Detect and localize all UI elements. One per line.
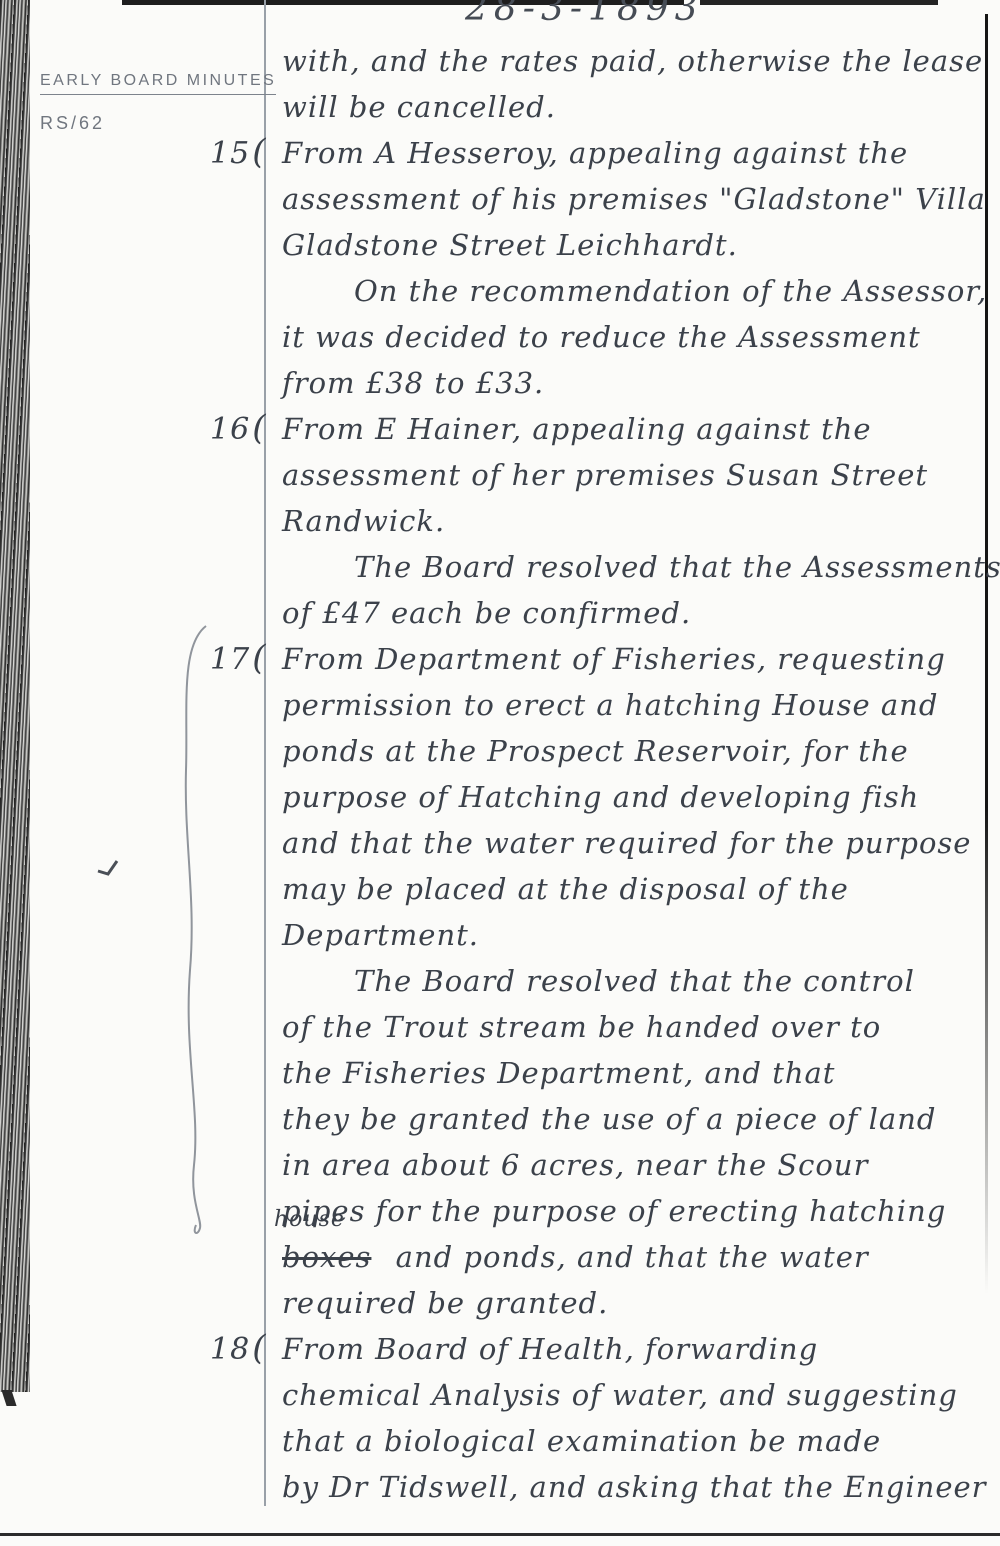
page-top-edge bbox=[700, 0, 938, 5]
item-number: 17 bbox=[210, 638, 266, 678]
scanned-minutes-page: EARLY BOARD MINUTES RS/62 28-3-1893 with… bbox=[0, 0, 1000, 1546]
item-number: 18 bbox=[210, 1328, 266, 1368]
text-line: From Department of Fisheries, requesting bbox=[282, 636, 988, 682]
text-line: Department. bbox=[282, 912, 988, 958]
handwritten-body: with, and the rates paid, otherwise the … bbox=[282, 38, 988, 1510]
item-number: 15 bbox=[210, 132, 266, 172]
text-line: and that the water required for the purp… bbox=[282, 820, 988, 866]
margin-tick-mark bbox=[95, 856, 121, 878]
text-line: purpose of Hatching and developing fish bbox=[282, 774, 988, 820]
text-line: chemical Analysis of water, and suggesti… bbox=[282, 1372, 988, 1418]
corrected-text-line: house boxes and ponds, and that the wate… bbox=[282, 1234, 988, 1280]
text-line: in area about 6 acres, near the Scour bbox=[282, 1142, 988, 1188]
inserted-word: house bbox=[274, 1209, 345, 1231]
text-line: it was decided to reduce the Assessment bbox=[282, 314, 988, 360]
text-line: The Board resolved that the Assessments bbox=[282, 544, 988, 590]
archive-series-title: EARLY BOARD MINUTES bbox=[40, 72, 276, 95]
minute-item-18: 18 From Board of Health, forwarding chem… bbox=[282, 1326, 988, 1510]
text-line: they be granted the use of a piece of la… bbox=[282, 1096, 988, 1142]
text-line: by Dr Tidswell, and asking that the Engi… bbox=[282, 1464, 988, 1510]
text-line: of £47 each be confirmed. bbox=[282, 590, 988, 636]
struck-out-word: boxes bbox=[282, 1240, 371, 1274]
text-line: pipes for the purpose of erecting hatchi… bbox=[282, 1188, 988, 1234]
item-number: 16 bbox=[210, 408, 266, 448]
text-line: From E Hainer, appealing against the bbox=[282, 406, 988, 452]
text-line: On the recommendation of the Assessor, bbox=[282, 268, 988, 314]
text-line: The Board resolved that the control bbox=[282, 958, 988, 1004]
binding-edge-artifact bbox=[0, 0, 30, 1392]
text-line: From Board of Health, forwarding bbox=[282, 1326, 988, 1372]
text-line: the Fisheries Department, and that bbox=[282, 1050, 988, 1096]
margin-rule-line bbox=[264, 0, 266, 1506]
text-line: From A Hesseroy, appealing against the bbox=[282, 130, 988, 176]
text-line: with, and the rates paid, otherwise the … bbox=[282, 38, 988, 84]
archive-reference-number: RS/62 bbox=[40, 113, 276, 134]
text-line: assessment of her premises Susan Street bbox=[282, 452, 988, 498]
archive-margin-note: EARLY BOARD MINUTES RS/62 bbox=[40, 72, 276, 134]
page-date: 28-3-1893 bbox=[465, 0, 704, 29]
text-line: from £38 to £33. bbox=[282, 360, 988, 406]
text-line: may be placed at the disposal of the bbox=[282, 866, 988, 912]
minute-item-16: 16 From E Hainer, appealing against the … bbox=[282, 406, 988, 636]
text-line: permission to erect a hatching House and bbox=[282, 682, 988, 728]
text-line: will be cancelled. bbox=[282, 84, 988, 130]
line-remainder: and ponds, and that the water bbox=[396, 1240, 869, 1274]
page-bottom-edge bbox=[0, 1533, 1000, 1536]
text-line: assessment of his premises "Gladstone" V… bbox=[282, 176, 988, 222]
text-line: Gladstone Street Leichhardt. bbox=[282, 222, 988, 268]
text-line: that a biological examination be made bbox=[282, 1418, 988, 1464]
text-line: of the Trout stream be handed over to bbox=[282, 1004, 988, 1050]
text-line: ponds at the Prospect Reservoir, for the bbox=[282, 728, 988, 774]
text-line: Randwick. bbox=[282, 498, 988, 544]
minute-item-17: 17 From Department of Fisheries, request… bbox=[282, 636, 988, 1326]
margin-pencil-bracket bbox=[162, 620, 222, 1260]
text-line: required be granted. bbox=[282, 1280, 988, 1326]
minute-item-15: 15 From A Hesseroy, appealing against th… bbox=[282, 130, 988, 406]
